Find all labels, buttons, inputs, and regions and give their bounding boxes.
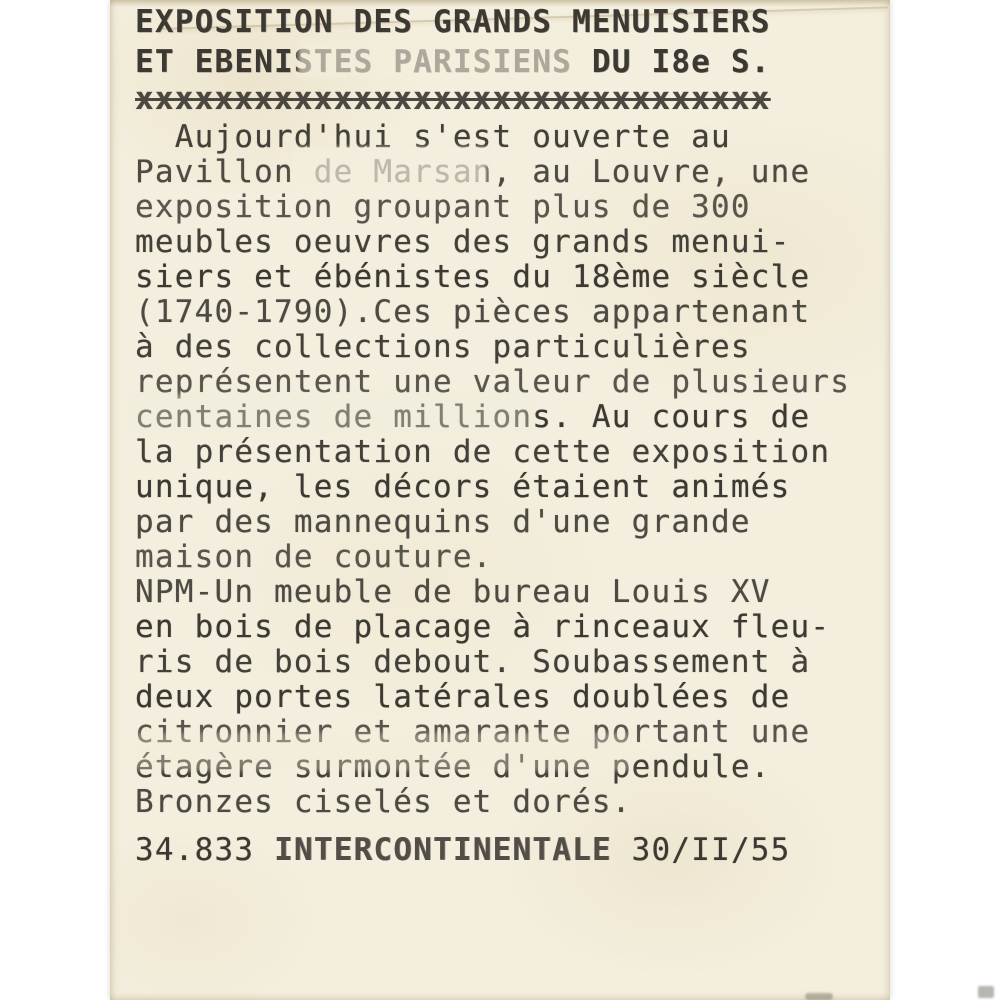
typewritten-line: meubles oeuvres des grands menui- [135, 225, 880, 260]
typewritten-line: deux portes latérales doublées de [135, 680, 880, 715]
typewritten-line: en bois de placage à rinceaux fleu- [135, 610, 880, 645]
typewritten-content: EXPOSITION DES GRANDS MENUISIERS ET EBEN… [135, 2, 880, 868]
typewritten-line: par des mannequins d'une grande [135, 505, 880, 540]
title-line-2: ET EBENISTES PARISIENS DU I8e S. [135, 42, 880, 82]
typewritten-line: Aujourd'hui s'est ouverte au [135, 120, 880, 155]
typewritten-line: exposition groupant plus de 300 [135, 190, 880, 225]
agency-name: INTERCONTINENTALE [274, 832, 612, 868]
typewritten-line: représentent une valeur de plusieurs [135, 365, 880, 400]
scan-corner-mark [978, 986, 994, 998]
body-text: Aujourd'hui s'est ouverte au Pavillon de… [135, 120, 880, 820]
typewritten-line: Pavillon de Marsan, au Louvre, une [135, 155, 880, 190]
typewritten-line: ris de bois debout. Soubassement à [135, 645, 880, 680]
title-line-1: EXPOSITION DES GRANDS MENUISIERS [135, 2, 880, 42]
typewritten-line: la présentation de cette exposition [135, 435, 880, 470]
typewritten-line: NPM-Un meuble de bureau Louis XV [135, 575, 880, 610]
separator-rule: xxxxxxxxxxxxxxxxxxxxxxxxxxxxxxxx [135, 84, 880, 114]
typewritten-line: siers et ébénistes du 18ème siècle [135, 260, 880, 295]
typewritten-line: (1740-1790).Ces pièces appartenant [135, 295, 880, 330]
reference-date: 30/II/55 [632, 832, 791, 868]
typewritten-line: centaines de millions. Au cours de [135, 400, 880, 435]
typewritten-line: étagère surmontée d'une pendule. [135, 750, 880, 785]
reference-number: 34.833 [135, 832, 254, 868]
title-block: EXPOSITION DES GRANDS MENUISIERS ET EBEN… [135, 2, 880, 114]
typewritten-line: Bronzes ciselés et dorés. [135, 785, 880, 820]
typewritten-line: unique, les décors étaient animés [135, 470, 880, 505]
typewritten-line: à des collections particulières [135, 330, 880, 365]
typewritten-line: maison de couture. [135, 540, 880, 575]
paper-smudge [805, 993, 833, 1000]
reference-line: 34.833 INTERCONTINENTALE 30/II/55 [135, 833, 880, 868]
typewritten-line: citronnier et amarante portant une [135, 715, 880, 750]
caption-card: EXPOSITION DES GRANDS MENUISIERS ET EBEN… [110, 0, 890, 1000]
